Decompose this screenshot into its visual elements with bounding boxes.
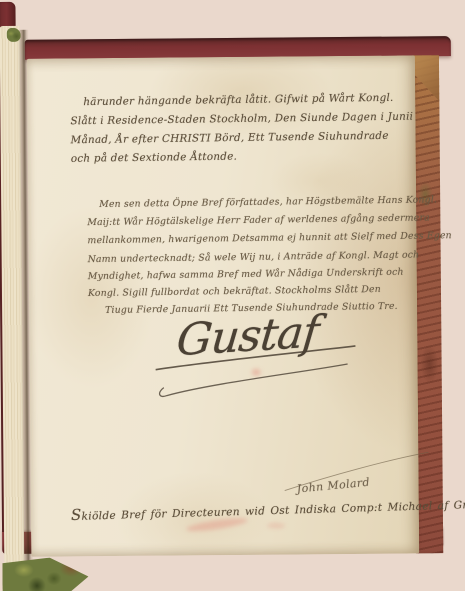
manuscript-line: Namn undertecknadt; Så wele Wij nu, i An… bbox=[88, 250, 420, 266]
manuscript-line: Maij:tt Wår Högtälskelige Herr Fader af … bbox=[87, 212, 430, 228]
manuscript-line: Myndighet, hafwa samma Bref med Wår Nådi… bbox=[88, 267, 404, 282]
manuscript-line: Slått i Residence-Staden Stockholm, Den … bbox=[70, 111, 413, 128]
green-marble-sliver-top-left bbox=[7, 28, 21, 42]
royal-signature: Gustaf bbox=[174, 307, 320, 367]
red-ink-smudge bbox=[252, 369, 261, 376]
parchment-page: härunder hängande bekräfta låtit. Gifwit… bbox=[27, 55, 419, 556]
manuscript-line: Men sen detta Öpne Bref författades, har… bbox=[99, 194, 437, 210]
red-ink-smudge bbox=[267, 523, 285, 529]
manuscript-line: och på det Sextionde Åttonde. bbox=[71, 151, 237, 165]
manuscript-line: härunder hängande bekräfta låtit. Gifwit… bbox=[83, 92, 393, 108]
green-marble-patch-bottom-left bbox=[2, 557, 88, 591]
docket-line: Skiölde Bref för Directeuren wid Ost Ind… bbox=[71, 493, 465, 524]
photo-backdrop: härunder hängande bekräfta låtit. Gifwit… bbox=[0, 0, 465, 591]
bound-volume: härunder hängande bekräfta låtit. Gifwit… bbox=[0, 0, 465, 591]
manuscript-line: mellankommen, hwarigenom Detsamma ej hun… bbox=[87, 230, 451, 246]
manuscript-line: Kongl. Sigill fullbordat och bekräftat. … bbox=[88, 284, 381, 299]
manuscript-line: Månad, År efter CHRISTI Börd, Ett Tusend… bbox=[71, 130, 389, 146]
